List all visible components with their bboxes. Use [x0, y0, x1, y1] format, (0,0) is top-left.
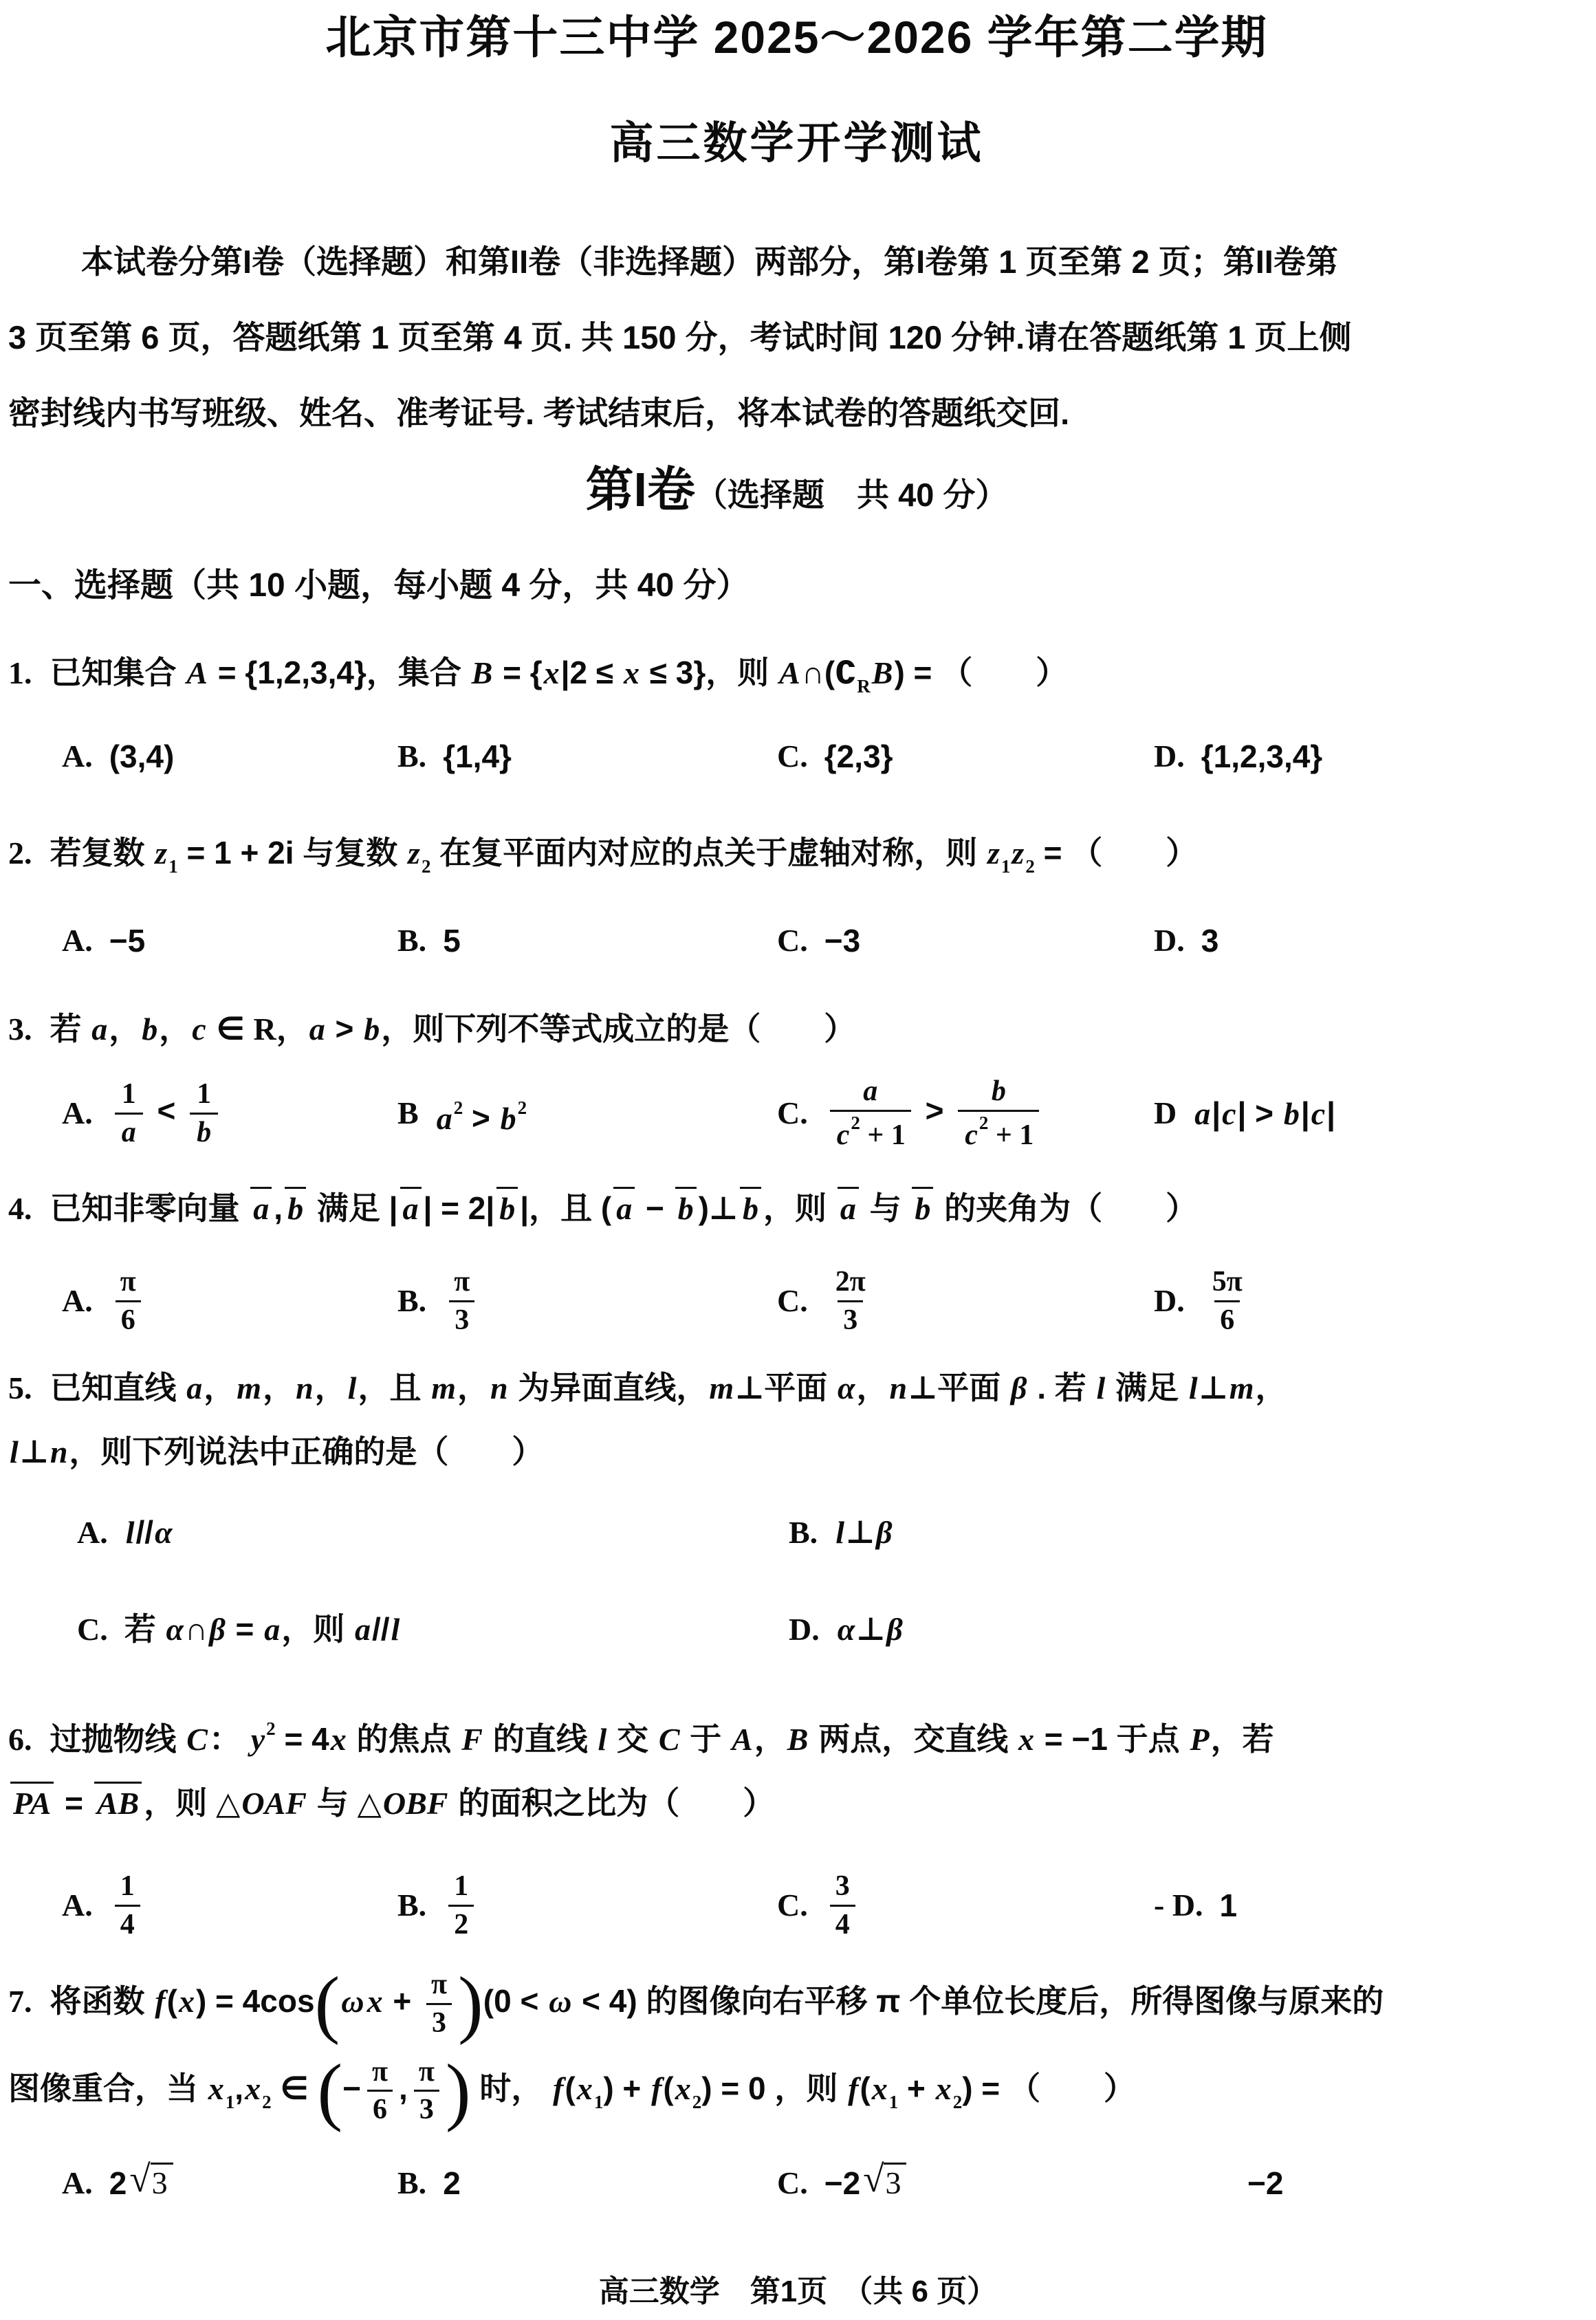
question-3-option-c-label: C.	[777, 1084, 808, 1142]
question-2-option-a-math: −5	[109, 912, 145, 970]
section-1-subtitle: （选择题 共 40 分）	[695, 477, 1007, 513]
question-1-option-b: B.{1,4}	[397, 727, 777, 785]
question-6-stem-line-1: 6.过抛物线 C： y2 = 4x 的焦点 F 的直线 l 交 C 于 A，B …	[8, 1697, 1585, 1771]
question-7-option-c-label: C.	[777, 2154, 808, 2212]
question-6-stem-line-2: PA = AB，则 △OAF 与 △OBF 的面积之比为（ ）	[8, 1771, 1585, 1835]
question-6-option-c-math: 34	[824, 1868, 861, 1943]
intro-line-2: 3 页至第 6 页，答题纸第 1 页至第 4 页. 共 150 分，考试时间 1…	[8, 300, 1585, 375]
question-7-options: A.2√3 B.2 C.−2√3 −2	[8, 2154, 1585, 2212]
exam-title-line-2: 高三数学开学测试	[8, 114, 1585, 172]
question-2-option-a-label: A.	[62, 912, 93, 970]
question-4-option-d-math: 5π6	[1201, 1264, 1254, 1338]
question-4-option-d: D.5π6	[1154, 1264, 1585, 1338]
question-7-option-c: C.−2√3	[777, 2154, 1154, 2212]
question-6-option-a-math: 14	[109, 1868, 146, 1943]
question-5-options: A.l//α B.l⊥β C.若 α∩β = a，则 a//l D.α⊥β	[8, 1503, 1585, 1659]
question-5-option-d: D.α⊥β	[789, 1600, 1585, 1659]
question-3-option-c: C.ac2 + 1 > bc2 + 1	[777, 1073, 1154, 1153]
question-3-option-d-math: a|c| > b|c|	[1193, 1084, 1335, 1143]
question-3-option-a: A.1a < 1b	[62, 1076, 397, 1150]
question-3-option-b-math: a2 > b2	[435, 1079, 527, 1148]
question-7-option-d: −2	[1231, 2154, 1585, 2212]
question-4-stem: 4.已知非零向量 a,b 满足 |a| = 2|b|，且 (a − b)⊥b，则…	[8, 1177, 1585, 1240]
question-1-option-a-math: (3,4)	[109, 727, 175, 785]
question-7-option-c-math: −2√3	[824, 2154, 907, 2212]
question-6-option-a: A.14	[62, 1868, 397, 1943]
question-4-option-a-label: A.	[62, 1272, 93, 1330]
question-2-stem-math: 若复数 z1 = 1 + 2i 与复数 z2 在复平面内对应的点关于虚轴对称，则…	[50, 835, 1198, 871]
question-3-option-a-label: A.	[62, 1084, 93, 1142]
question-6-option-b: B.12	[397, 1868, 777, 1943]
question-1-options: A.(3,4) B.{1,4} C.{2,3} D.{1,2,3,4}	[8, 727, 1585, 785]
question-2-option-d: D.3	[1154, 912, 1585, 970]
question-1-option-c: C.{2,3}	[777, 727, 1154, 785]
question-1-option-a: A.(3,4)	[62, 727, 397, 785]
question-1-option-b-label: B.	[397, 727, 426, 785]
part-1-heading: 一、选择题（共 10 小题，每小题 4 分，共 40 分）	[8, 561, 1585, 611]
question-6: 6.过抛物线 C： y2 = 4x 的焦点 F 的直线 l 交 C 于 A，B …	[8, 1697, 1585, 1943]
question-3-stem-math: 若 a，b，c ∈ R，a > b，则下列不等式成立的是（ ）	[50, 1011, 856, 1047]
intro-paragraph: 本试卷分第I卷（选择题）和第II卷（非选择题）两部分，第I卷第 1 页至第 2 …	[8, 224, 1585, 451]
question-7-stem-math-1: 将函数 f(x) = 4cos(ωx + π3)(0 < ω < 4) 的图像向…	[50, 1983, 1384, 2019]
exam-title-line-1: 北京市第十三中学 2025～2026 学年第二学期	[8, 8, 1585, 66]
question-2-option-c-math: −3	[824, 912, 860, 970]
question-6-option-b-math: 12	[443, 1868, 479, 1943]
question-3-option-b: Ba2 > b2	[397, 1079, 777, 1148]
question-1-option-b-math: {1,4}	[443, 727, 512, 785]
question-5-option-c-label: C.	[77, 1601, 108, 1659]
question-5-stem-line-2: l⊥n，则下列说法中正确的是（ ）	[8, 1420, 1585, 1484]
question-3-number: 3.	[8, 1011, 32, 1047]
question-5-stem-line-1: 5.已知直线 a，m，n，l，且 m，n 为异面直线，m⊥平面 α，n⊥平面 β…	[8, 1356, 1585, 1420]
question-7-option-a: A.2√3	[62, 2154, 397, 2212]
question-5-option-b: B.l⊥β	[789, 1503, 1585, 1562]
question-3-option-b-label: B	[397, 1084, 419, 1142]
question-4-option-d-label: D.	[1154, 1272, 1185, 1330]
intro-line-3: 密封线内书写班级、姓名、准考证号. 考试结束后，将本试卷的答题纸交回.	[8, 375, 1585, 451]
question-7-option-a-math: 2√3	[109, 2154, 173, 2212]
question-7-stem-math-2: 图像重合，当 x1,x2 ∈ (−π6,π3) 时， f(x1) + f(x2)…	[8, 2070, 1135, 2106]
question-6-number: 6.	[8, 1722, 32, 1757]
question-4-option-a-math: π6	[109, 1264, 147, 1338]
question-5-option-d-math: α⊥β	[836, 1600, 904, 1659]
question-5-stem-math-2: l⊥n，则下列说法中正确的是（ ）	[8, 1434, 543, 1469]
question-4-option-c: C.2π3	[777, 1264, 1154, 1338]
question-2-option-c: C.−3	[777, 912, 1154, 970]
question-2-option-d-math: 3	[1201, 912, 1219, 970]
question-5-stem-math-1: 已知直线 a，m，n，l，且 m，n 为异面直线，m⊥平面 α，n⊥平面 β .…	[50, 1370, 1287, 1405]
question-2-option-a: A.−5	[62, 912, 397, 970]
question-6-option-c-label: C.	[777, 1876, 808, 1934]
question-4: 4.已知非零向量 a,b 满足 |a| = 2|b|，且 (a − b)⊥b，则…	[8, 1177, 1585, 1338]
question-4-option-c-math: 2π3	[824, 1264, 877, 1338]
section-1-title: 第I卷	[586, 463, 695, 516]
question-6-options: A.14 B.12 C.34 - D.1	[8, 1868, 1585, 1943]
question-3-options: A.1a < 1b Ba2 > b2 C.ac2 + 1 > bc2 + 1 D…	[8, 1073, 1585, 1153]
question-6-option-d: - D.1	[1154, 1876, 1585, 1934]
page-footer: 高三数学 第1页 （共 6 页）	[0, 2266, 1596, 2310]
question-2-stem: 2.若复数 z1 = 1 + 2i 与复数 z2 在复平面内对应的点关于虚轴对称…	[8, 821, 1585, 898]
question-7: 7.将函数 f(x) = 4cos(ωx + π3)(0 < ω < 4) 的图…	[8, 1966, 1585, 2212]
question-4-number: 4.	[8, 1191, 32, 1226]
question-4-option-c-label: C.	[777, 1272, 808, 1330]
question-1-option-d-label: D.	[1154, 727, 1185, 785]
question-6-stem-math-2: PA = AB，则 △OAF 与 △OBF 的面积之比为（ ）	[8, 1785, 774, 1821]
question-4-option-b: B.π3	[397, 1264, 777, 1338]
question-7-option-b: B.2	[397, 2154, 777, 2212]
question-7-number: 7.	[8, 1984, 32, 2019]
question-1-option-a-label: A.	[62, 727, 93, 785]
question-2-options: A.−5 B.5 C.−3 D.3	[8, 912, 1585, 970]
question-6-option-d-label: - D.	[1154, 1876, 1203, 1934]
exam-page: 北京市第十三中学 2025～2026 学年第二学期 高三数学开学测试 本试卷分第…	[0, 0, 1596, 2212]
question-3-option-d: Da|c| > b|c|	[1154, 1084, 1585, 1143]
question-2-number: 2.	[8, 835, 32, 871]
question-2: 2.若复数 z1 = 1 + 2i 与复数 z2 在复平面内对应的点关于虚轴对称…	[8, 821, 1585, 970]
question-7-option-d-math: −2	[1247, 2154, 1283, 2212]
question-6-option-b-label: B.	[397, 1876, 426, 1934]
question-5-option-b-label: B.	[789, 1504, 818, 1562]
question-6-option-c: C.34	[777, 1868, 1154, 1943]
question-2-option-c-label: C.	[777, 912, 808, 970]
question-1-number: 1.	[8, 655, 32, 690]
question-7-option-b-label: B.	[397, 2154, 426, 2212]
question-7-stem-line-2: 图像重合，当 x1,x2 ∈ (−π6,π3) 时， f(x1) + f(x2)…	[8, 2053, 1585, 2133]
question-2-option-b-math: 5	[443, 912, 461, 970]
question-1: 1.已知集合 A = {1,2,3,4}，集合 B = {x|2 ≤ x ≤ 3…	[8, 641, 1585, 785]
question-5-option-a: A.l//α	[77, 1503, 789, 1562]
question-3: 3.若 a，b，c ∈ R，a > b，则下列不等式成立的是（ ） A.1a <…	[8, 997, 1585, 1153]
question-7-option-b-math: 2	[443, 2154, 461, 2212]
question-5-option-a-math: l//α	[124, 1503, 174, 1562]
question-1-stem: 1.已知集合 A = {1,2,3,4}，集合 B = {x|2 ≤ x ≤ 3…	[8, 641, 1585, 718]
question-1-stem-math: 已知集合 A = {1,2,3,4}，集合 B = {x|2 ≤ x ≤ 3}，…	[50, 655, 1068, 690]
question-3-stem: 3.若 a，b，c ∈ R，a > b，则下列不等式成立的是（ ）	[8, 997, 1585, 1061]
question-1-option-d: D.{1,2,3,4}	[1154, 727, 1585, 785]
question-7-option-a-label: A.	[62, 2154, 93, 2212]
question-6-option-d-math: 1	[1220, 1876, 1238, 1934]
question-7-stem-line-1: 7.将函数 f(x) = 4cos(ωx + π3)(0 < ω < 4) 的图…	[8, 1966, 1585, 2042]
question-1-option-c-label: C.	[777, 727, 808, 785]
question-5: 5.已知直线 a，m，n，l，且 m，n 为异面直线，m⊥平面 α，n⊥平面 β…	[8, 1356, 1585, 1659]
section-1-header: 第I卷（选择题 共 40 分）	[8, 455, 1585, 538]
question-4-option-b-math: π3	[443, 1264, 481, 1338]
question-3-option-d-label: D	[1154, 1084, 1177, 1142]
question-2-option-b: B.5	[397, 912, 777, 970]
question-6-stem-math-1: 过抛物线 C： y2 = 4x 的焦点 F 的直线 l 交 C 于 A，B 两点…	[50, 1721, 1274, 1757]
question-1-option-c-math: {2,3}	[824, 727, 893, 785]
question-6-option-a-label: A.	[62, 1876, 93, 1934]
question-3-option-c-math: ac2 + 1 > bc2 + 1	[824, 1073, 1045, 1153]
question-1-option-d-math: {1,2,3,4}	[1201, 727, 1322, 785]
question-2-option-b-label: B.	[397, 912, 426, 970]
question-5-option-c-math: 若 α∩β = a，则 a//l	[124, 1600, 402, 1659]
question-3-option-a-math: 1a < 1b	[109, 1076, 223, 1150]
intro-line-1: 本试卷分第I卷（选择题）和第II卷（非选择题）两部分，第I卷第 1 页至第 2 …	[8, 224, 1585, 300]
question-5-option-b-math: l⊥β	[834, 1503, 893, 1562]
question-5-option-d-label: D.	[789, 1601, 820, 1659]
question-4-stem-math: 已知非零向量 a,b 满足 |a| = 2|b|，且 (a − b)⊥b，则 a…	[50, 1190, 1198, 1226]
question-5-option-a-label: A.	[77, 1504, 108, 1562]
question-2-option-d-label: D.	[1154, 912, 1185, 970]
question-4-options: A.π6 B.π3 C.2π3 D.5π6	[8, 1264, 1585, 1338]
question-4-option-a: A.π6	[62, 1264, 397, 1338]
question-4-option-b-label: B.	[397, 1272, 426, 1330]
question-5-option-c: C.若 α∩β = a，则 a//l	[77, 1600, 789, 1659]
question-5-number: 5.	[8, 1370, 32, 1405]
